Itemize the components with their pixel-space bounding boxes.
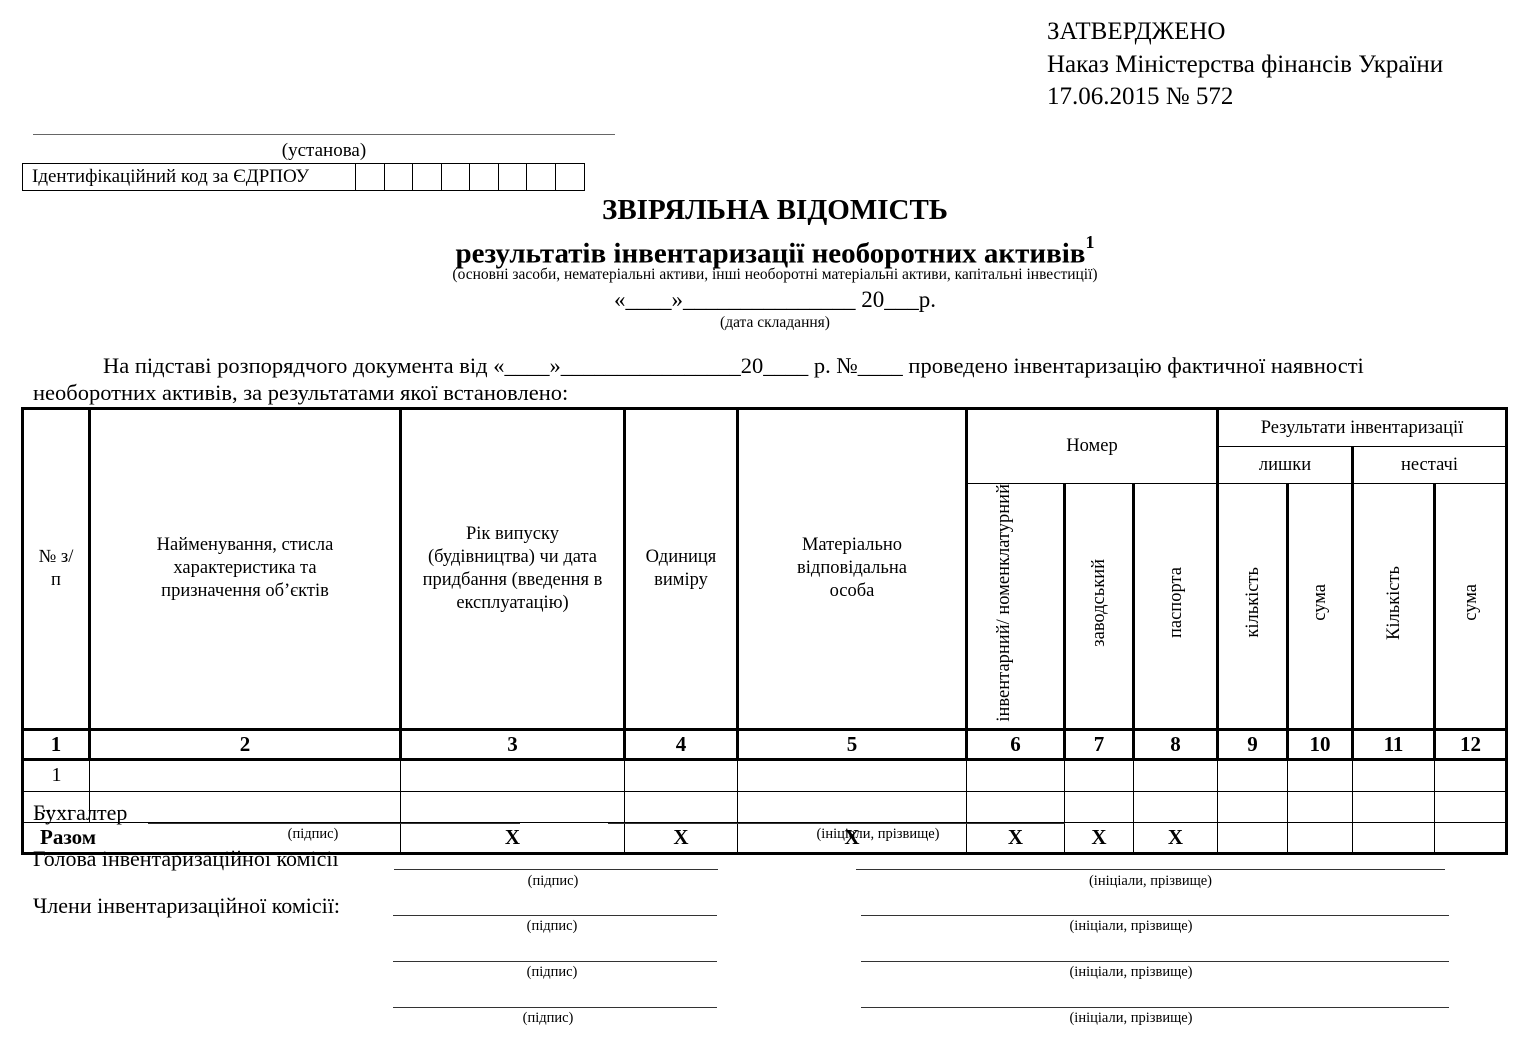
chairman-label: Голова інвентаризаційної комісії: [33, 846, 339, 872]
accountant-signature-field[interactable]: [148, 823, 520, 824]
members-label: Члени інвентаризаційної комісії:: [33, 893, 340, 919]
column-number: 6: [967, 729, 1065, 759]
table-cell[interactable]: [401, 759, 625, 791]
subtitle-text: результатів інвентаризації необоротних а…: [456, 238, 1086, 270]
column-number: 11: [1353, 729, 1435, 759]
approval-date-number: 17.06.2015 № 572: [1047, 81, 1443, 114]
table-cell[interactable]: [1353, 791, 1435, 822]
intro-line-2: необоротних активів, за результатами яко…: [33, 380, 568, 405]
table-row: 1: [23, 759, 1507, 791]
member-name-field[interactable]: [861, 961, 1449, 962]
chairman-name-caption: (ініціали, прізвище): [856, 873, 1445, 890]
column-number: 10: [1288, 729, 1353, 759]
accountant-label: Бухгалтер: [33, 800, 127, 826]
column-number: 8: [1134, 729, 1218, 759]
intro-line-1: На підставі розпорядчого документа від «…: [103, 353, 1364, 378]
header-number-group: Номер: [967, 409, 1218, 484]
edrpou-digit-cell[interactable]: [470, 164, 499, 190]
table-cell[interactable]: [90, 759, 401, 791]
table-cell[interactable]: [738, 759, 967, 791]
table-cell[interactable]: [90, 791, 401, 822]
table-cell[interactable]: [1134, 759, 1218, 791]
header-name: Найменування, стисла характеристика та п…: [90, 409, 401, 730]
header-shortage-group: нестачі: [1353, 447, 1507, 484]
table-cell[interactable]: [401, 791, 625, 822]
document-title: ЗВІРЯЛЬНА ВІДОМІСТЬ: [380, 193, 1170, 227]
table-cell[interactable]: [1134, 791, 1218, 822]
header-inventory-number: інвентарний/ номенклатурний: [993, 484, 1039, 722]
approval-stamp: ЗАТВЕРДЖЕНО Наказ Міністерства фінансів …: [1047, 16, 1443, 114]
footnote-marker: 1: [1085, 232, 1094, 252]
header-responsible-person: Матеріально відповідальна особа: [738, 409, 967, 730]
edrpou-digit-cell[interactable]: [385, 164, 414, 190]
approval-title: ЗАТВЕРДЖЕНО: [1047, 16, 1443, 49]
member-signature-field[interactable]: [393, 961, 717, 962]
column-number: 5: [738, 729, 967, 759]
header-surplus-group: лишки: [1218, 447, 1353, 484]
table-cell[interactable]: [967, 791, 1065, 822]
member-signature-caption: (підпис): [393, 1010, 703, 1027]
member-signature-field[interactable]: [393, 915, 717, 916]
table-cell[interactable]: [1065, 791, 1134, 822]
header-year: Рік випуску (будівництва) чи дата придба…: [401, 409, 625, 730]
table-cell[interactable]: [1353, 759, 1435, 791]
edrpou-digit-cell[interactable]: [356, 164, 385, 190]
table-cell[interactable]: [1065, 759, 1134, 791]
member-name-field[interactable]: [861, 1007, 1449, 1008]
edrpou-digit-cell[interactable]: [527, 164, 556, 190]
member-signature-caption: (підпис): [393, 964, 711, 981]
edrpou-digit-cell[interactable]: [442, 164, 471, 190]
member-name-field[interactable]: [861, 915, 1449, 916]
edrpou-digit-cell[interactable]: [413, 164, 442, 190]
inventory-table: № з/п Найменування, стисла характеристик…: [21, 407, 1508, 855]
accountant-name-field[interactable]: [608, 823, 1065, 824]
total-cell[interactable]: [1353, 822, 1435, 853]
document-subtitle: результатів інвентаризації необоротних а…: [380, 229, 1170, 271]
edrpou-label: Ідентифікаційний код за ЄДРПОУ: [23, 164, 356, 190]
column-number: 1: [23, 729, 90, 759]
header-surplus-sum: сума: [1309, 584, 1331, 621]
total-cell[interactable]: [1218, 822, 1288, 853]
institution-caption: (установа): [33, 140, 615, 162]
column-number: 12: [1435, 729, 1507, 759]
institution-field[interactable]: [33, 134, 615, 135]
header-unit: Одиниця виміру: [625, 409, 738, 730]
table-cell[interactable]: [625, 791, 738, 822]
member-name-caption: (ініціали, прізвище): [861, 918, 1401, 935]
table-cell[interactable]: [1288, 791, 1353, 822]
member-signature-caption: (підпис): [393, 918, 711, 935]
column-number: 2: [90, 729, 401, 759]
column-number: 3: [401, 729, 625, 759]
table-cell[interactable]: [625, 759, 738, 791]
compilation-date-field[interactable]: «____»_______________ 20___р.: [380, 287, 1170, 313]
chairman-signature-field[interactable]: [394, 869, 718, 870]
column-number-row: 1 2 3 4 5 6 7 8 9 10 11 12: [23, 729, 1507, 759]
intro-paragraph: На підставі розпорядчого документа від «…: [33, 352, 1483, 406]
table-cell[interactable]: [1288, 759, 1353, 791]
total-cell[interactable]: [1435, 822, 1507, 853]
document-scope: (основні засоби, нематеріальні активи, і…: [380, 266, 1170, 284]
total-cell[interactable]: [1288, 822, 1353, 853]
header-row-number: № з/п: [23, 409, 90, 730]
member-name-caption: (ініціали, прізвище): [861, 1010, 1401, 1027]
table-row: ......: [23, 791, 1507, 822]
table-cell[interactable]: [738, 791, 967, 822]
edrpou-digit-cell[interactable]: [556, 164, 585, 190]
table-cell[interactable]: [1218, 791, 1288, 822]
table-cell[interactable]: [1218, 759, 1288, 791]
header-shortage-sum: сума: [1460, 584, 1482, 621]
approval-order: Наказ Міністерства фінансів України: [1047, 49, 1443, 82]
table-cell[interactable]: [967, 759, 1065, 791]
chairman-signature-caption: (підпис): [394, 873, 712, 890]
member-name-caption: (ініціали, прізвище): [861, 964, 1401, 981]
compilation-date-caption: (дата складання): [380, 314, 1170, 332]
column-number: 7: [1065, 729, 1134, 759]
accountant-name-caption: (ініціали, прізвище): [608, 826, 1148, 843]
header-factory-number: заводський: [1088, 559, 1110, 647]
member-signature-field[interactable]: [393, 1007, 717, 1008]
accountant-signature-caption: (підпис): [148, 826, 478, 843]
header-results-group: Результати інвентаризації: [1218, 409, 1507, 447]
header-surplus-quantity: кількість: [1242, 567, 1264, 638]
table-cell[interactable]: [1435, 759, 1507, 791]
row-number: 1: [23, 759, 90, 791]
edrpou-digit-cell[interactable]: [499, 164, 528, 190]
edrpou-code-box: Ідентифікаційний код за ЄДРПОУ: [22, 163, 585, 191]
header-passport-number: паспорта: [1165, 567, 1187, 638]
table-cell[interactable]: [1435, 791, 1507, 822]
header-shortage-quantity: Кількість: [1383, 566, 1405, 640]
column-number: 4: [625, 729, 738, 759]
column-number: 9: [1218, 729, 1288, 759]
chairman-name-field[interactable]: [856, 869, 1445, 870]
